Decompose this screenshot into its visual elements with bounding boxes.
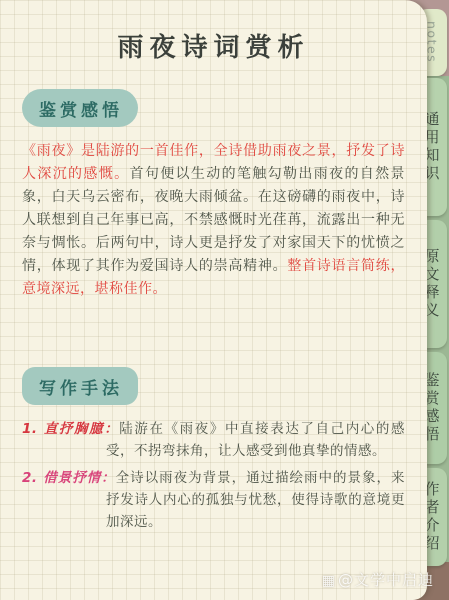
list-item: 2. 借景抒情：全诗以雨夜为背景，通过描绘雨中的景象，来抒发诗人内心的孤独与忧愁… <box>22 467 405 533</box>
notes-page: notes 通用知识 原文释义 鉴赏感悟 作者介绍 雨夜诗词赏析 鉴赏感悟 《雨… <box>0 0 449 600</box>
section-badge-writing-techniques: 写作手法 <box>22 367 138 405</box>
grid-icon: ▦ <box>322 573 336 589</box>
appreciation-paragraph: 《雨夜》是陆游的一首佳作，全诗借助雨夜之景，抒发了诗人深沉的感慨。首句便以生动的… <box>22 140 405 301</box>
watermark: ▦@文学中启迪 <box>322 569 434 590</box>
paper: 雨夜诗词赏析 鉴赏感悟 《雨夜》是陆游的一首佳作，全诗借助雨夜之景，抒发了诗人深… <box>0 0 427 600</box>
item-label: 2. 借景抒情： <box>22 470 116 486</box>
writing-techniques-list: 1. 直抒胸臆：陆游在《雨夜》中直接表达了自己内心的感受，不拐弯抹角，让人感受到… <box>22 418 405 533</box>
item-text: 陆游在《雨夜》中直接表达了自己内心的感受，不拐弯抹角，让人感受到他真挚的情感。 <box>106 421 405 459</box>
item-label: 1. 直抒胸臆： <box>22 421 119 437</box>
watermark-text: @文学中启迪 <box>338 571 434 589</box>
section-badge-appreciation: 鉴赏感悟 <box>22 89 138 127</box>
list-item: 1. 直抒胸臆：陆游在《雨夜》中直接表达了自己内心的感受，不拐弯抹角，让人感受到… <box>22 418 405 462</box>
page-title: 雨夜诗词赏析 <box>0 0 427 64</box>
item-text: 全诗以雨夜为背景，通过描绘雨中的景象，来抒发诗人内心的孤独与忧愁，使得诗歌的意境… <box>106 470 405 530</box>
